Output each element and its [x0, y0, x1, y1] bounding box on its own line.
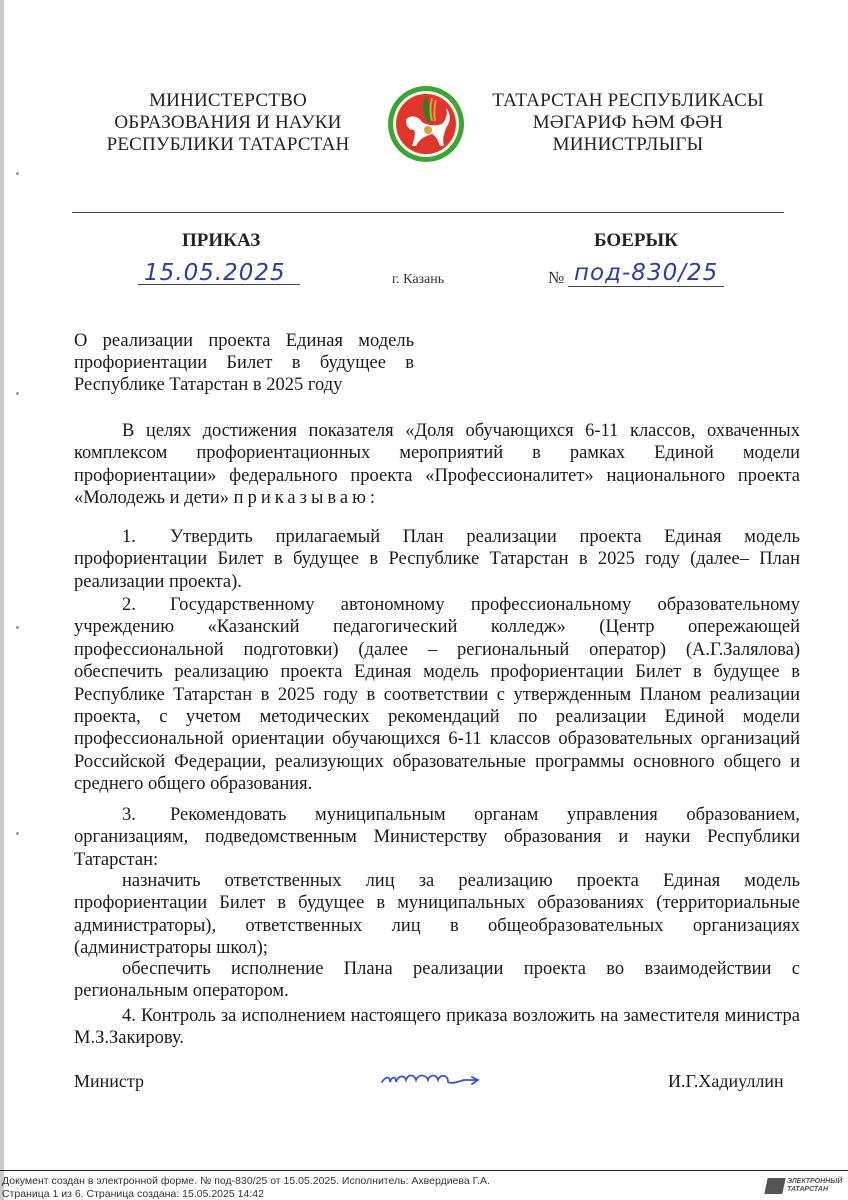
item-text: обеспечить исполнение Плана реализации п… [74, 959, 800, 1001]
order-item-3-sub-b: обеспечить исполнение Плана реализации п… [74, 958, 800, 1003]
order-item-3-sub-a: назначить ответственных лиц за реализаци… [74, 870, 800, 960]
order-title-ru: ПРИКАЗ [182, 230, 260, 252]
header-divider [72, 212, 784, 213]
item-number: 3. [122, 804, 170, 826]
order-item-4: 4. Контроль за исполнением настоящего пр… [74, 1005, 800, 1050]
order-date: 15.05.2025 [144, 260, 286, 286]
item-number: 1. [122, 526, 170, 548]
footer-divider [0, 1170, 848, 1171]
preamble-text: В целях достижения показателя «Доля обуч… [74, 421, 800, 508]
ministry-name-ru: МИНИСТЕРСТВО ОБРАЗОВАНИЯ И НАУКИ РЕСПУБЛ… [88, 90, 368, 156]
item-text: Рекомендовать муниципальным органам упра… [74, 805, 800, 870]
order-city: г. Казань [392, 272, 444, 288]
header-line: РЕСПУБЛИКИ ТАТАРСТАН [88, 134, 368, 156]
header-line: МИНИСТРЛЫГЫ [478, 134, 778, 156]
date-underline [138, 284, 300, 285]
item-text: Утвердить прилагаемый План реализации пр… [74, 527, 800, 592]
scan-mark [16, 626, 19, 629]
item-text: Контроль за исполнением настоящего прика… [74, 1006, 800, 1048]
header-line: ТАТАРСТАН РЕСПУБЛИКАСЫ [478, 90, 778, 112]
logo-line: ТАТАРСТАН [787, 1186, 842, 1194]
item-number: 4. [122, 1006, 136, 1026]
header-line: МӘГАРИФ ҺӘМ ФӘН [478, 112, 778, 134]
item-number: 2. [122, 594, 170, 616]
scan-mark [16, 172, 19, 175]
logo-line: ЭЛЕКТРОННЫЙ [787, 1178, 842, 1186]
item-text: назначить ответственных лиц за реализаци… [74, 871, 800, 958]
ministry-name-tt: ТАТАРСТАН РЕСПУБЛИКАСЫ МӘГАРИФ ҺӘМ ФӘН М… [478, 90, 778, 156]
electronic-tatarstan-logo: ЭЛЕКТРОННЫЙ ТАТАРСТАН [766, 1176, 846, 1196]
order-item-3: 3.Рекомендовать муниципальным органам уп… [74, 804, 800, 871]
scan-mark [16, 832, 19, 835]
handwritten-signature-icon [378, 1062, 498, 1092]
logo-mark-icon [764, 1178, 785, 1194]
footer-page-info: Страница 1 из 6. Страница создана: 15.05… [2, 1188, 264, 1200]
order-number: под-830/25 [574, 260, 718, 286]
order-number-label: № [548, 268, 564, 288]
order-subject: О реализации проекта Единая модель профо… [74, 330, 414, 396]
footer-document-info: Документ создан в электронной форме. № п… [2, 1175, 490, 1187]
logo-text: ЭЛЕКТРОННЫЙ ТАТАРСТАН [787, 1178, 842, 1194]
item-text: Государственному автономному профессиона… [74, 595, 800, 794]
number-underline [568, 286, 724, 287]
order-title-tt: БОЕРЫК [594, 230, 678, 252]
coat-of-arms-tatarstan-icon [386, 84, 466, 164]
order-item-1: 1.Утвердить прилагаемый План реализации … [74, 526, 800, 593]
page-edge [0, 0, 4, 1200]
scan-mark [16, 392, 19, 395]
signatory-name: И.Г.Хадиуллин [668, 1071, 784, 1092]
header-line: ОБРАЗОВАНИЯ И НАУКИ [88, 112, 368, 134]
header-line: МИНИСТЕРСТВО [88, 90, 368, 112]
signatory-title: Министр [74, 1071, 144, 1092]
order-item-2: 2.Государственному автономному профессио… [74, 594, 800, 796]
preamble-paragraph: В целях достижения показателя «Доля обуч… [74, 420, 800, 510]
order-verb: приказываю: [234, 488, 379, 508]
